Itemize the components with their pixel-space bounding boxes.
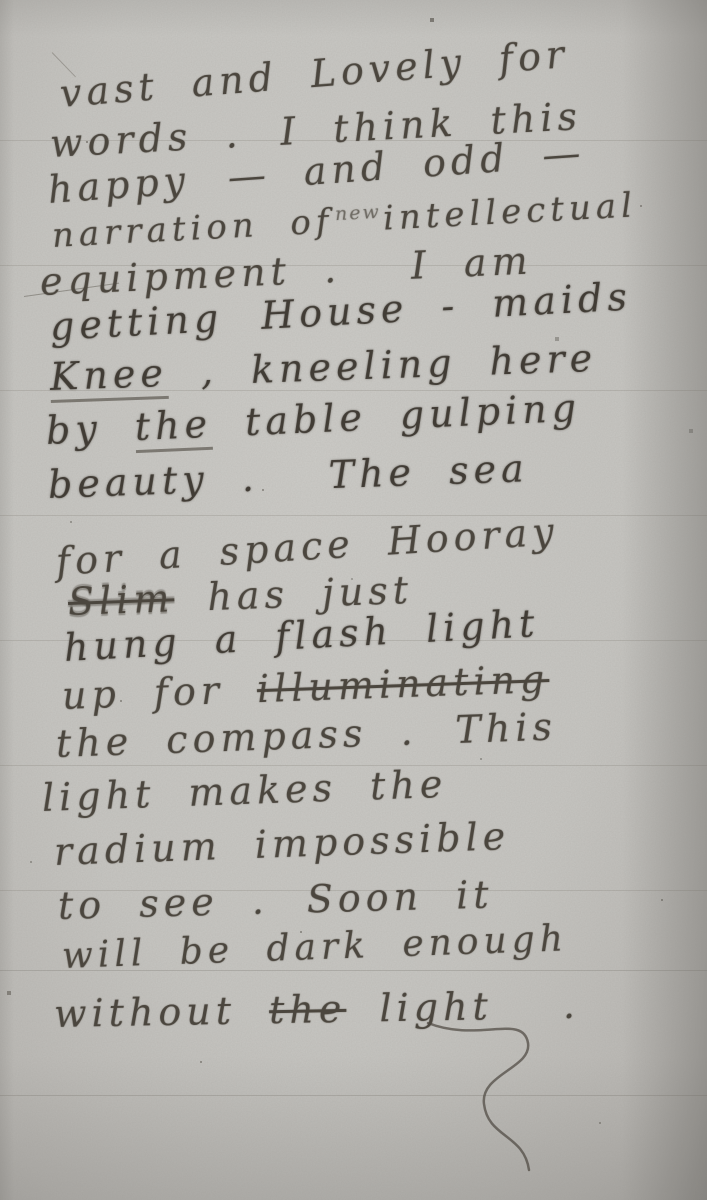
rule-line xyxy=(0,1095,707,1096)
handwriting-line: beauty .The sea xyxy=(47,446,529,507)
handwriting-segment: without xyxy=(54,988,270,1036)
handwriting-segment: to see . xyxy=(57,878,269,928)
handwriting-segment: happy xyxy=(46,158,191,212)
handwriting-segment: radium impossible xyxy=(53,814,511,874)
struck-word: Slim xyxy=(67,576,175,624)
handwriting-segment: narration of xyxy=(51,201,334,256)
handwriting-segment: getting xyxy=(49,296,224,349)
handwriting-segment: intellectual xyxy=(382,185,638,238)
pen-flourish-stroke xyxy=(408,1008,548,1188)
handwriting-segment: This xyxy=(455,705,558,753)
handwriting-segment: the compass . xyxy=(55,709,418,766)
inserted-word: new xyxy=(334,201,381,225)
handwriting-segment: light xyxy=(346,984,493,1031)
handwriting-segment: beauty . xyxy=(47,456,259,507)
handwriting-line: will be dark enough xyxy=(61,918,568,977)
struck-word: illuminating xyxy=(256,657,550,711)
handwriting-segment: The sea xyxy=(328,446,529,497)
dust-specks xyxy=(0,0,2,2)
rule-line xyxy=(0,515,707,516)
diary-page: vast and Lovely forwords .I think thisha… xyxy=(0,0,707,1200)
handwriting-segment: light makes the xyxy=(41,762,448,820)
handwriting-segment: by xyxy=(45,405,136,453)
handwriting-line: radium impossible xyxy=(53,814,511,874)
handwriting-line: light makes the xyxy=(41,762,448,820)
struck-word: the xyxy=(269,987,347,1032)
handwriting-segment: . xyxy=(562,983,580,1027)
handwriting-segment: table gulping xyxy=(211,386,582,446)
handwriting-line: to see .Soon it xyxy=(57,873,494,928)
handwriting-segment: will be dark enough xyxy=(61,918,568,977)
handwriting-segment: the xyxy=(134,402,213,453)
handwriting-segment: Knee xyxy=(49,351,168,403)
handwriting-segment: up for xyxy=(61,667,257,718)
handwriting-line: without the light. xyxy=(54,983,581,1036)
handwriting-segment: , kneeling here xyxy=(167,336,598,395)
handwriting-segment: Soon it xyxy=(306,873,494,922)
